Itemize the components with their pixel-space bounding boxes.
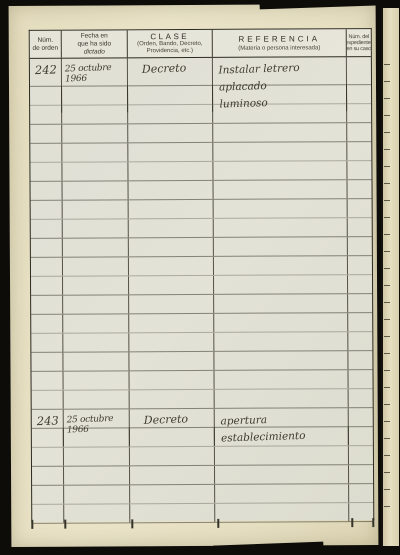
column-line-overshoot	[217, 519, 219, 528]
cell-num-orden	[31, 315, 63, 333]
cell-fecha	[63, 314, 129, 332]
scan-corner-shadow-top	[259, 0, 379, 9]
cell-clase	[129, 200, 214, 218]
cell-clase	[128, 143, 213, 161]
cell-referencia	[213, 123, 347, 142]
cell-clase	[129, 219, 214, 237]
cell-fecha	[64, 390, 130, 408]
cell-referencia	[215, 465, 349, 484]
cell-fecha	[64, 485, 130, 503]
column-line-overshoot	[372, 518, 374, 527]
cell-expediente	[348, 313, 372, 331]
cell-referencia	[215, 389, 349, 408]
cell-referencia	[214, 256, 348, 275]
cell-clase	[130, 447, 215, 465]
cell-num-orden	[31, 277, 63, 295]
cell-expediente	[347, 123, 371, 141]
table-row	[31, 313, 372, 334]
cell-clase	[130, 485, 215, 503]
scanned-page: Núm. de orden Fecha en que ha sido dicta…	[9, 4, 379, 547]
cell-fecha	[64, 466, 130, 484]
cell-expediente	[348, 332, 372, 350]
cell-fecha	[62, 124, 128, 142]
cell-clase	[128, 124, 213, 142]
cell-clase	[129, 333, 214, 351]
header-label: Núm.	[37, 36, 53, 44]
handwritten-text: 25 octubre 1966	[66, 414, 129, 436]
cell-fecha	[63, 238, 129, 256]
cell-num-orden	[31, 334, 63, 352]
cell-referencia	[214, 332, 348, 351]
table-row	[32, 484, 373, 505]
handwritten-text: apertura establecimiento	[220, 410, 348, 448]
cell-expediente	[349, 427, 373, 445]
table-row	[31, 256, 372, 277]
table-row	[31, 332, 372, 353]
header-fecha: Fecha en que ha sido dictado	[62, 30, 128, 57]
cell-fecha	[62, 162, 128, 180]
table-row	[31, 180, 372, 201]
cell-expediente	[348, 294, 372, 312]
cell-clase	[129, 276, 214, 294]
header-label: en su caso	[347, 46, 371, 52]
cell-referencia	[214, 294, 348, 313]
cell-expediente	[348, 275, 372, 293]
table-row	[30, 123, 371, 144]
cell-num-orden	[32, 448, 64, 466]
header-clase: CLASE (Orden, Bando, Decreto, Providenci…	[128, 30, 213, 57]
header-num-orden: Núm. de orden	[30, 31, 62, 58]
cell-referencia	[215, 484, 349, 503]
header-label: que ha sido	[77, 40, 111, 48]
header-label: CLASE	[150, 32, 189, 41]
scan-corner-shadow-bottom	[213, 542, 323, 555]
column-line-overshoot	[31, 520, 33, 529]
header-label: Fecha en	[81, 32, 108, 40]
cell-clase	[128, 86, 213, 104]
cell-clase	[130, 466, 215, 484]
cell-fecha	[63, 219, 129, 237]
cell-num-orden	[32, 391, 64, 409]
column-line-overshoot	[64, 520, 66, 529]
cell-num-orden	[31, 258, 63, 276]
cell-expediente	[348, 180, 372, 198]
table-row	[30, 142, 371, 163]
adjacent-page-edge	[381, 8, 399, 546]
handwritten-text: Instalar letrero aplacado luminoso	[218, 59, 347, 114]
cell-fecha	[64, 371, 130, 389]
cell-clase	[130, 371, 215, 389]
cell-expediente	[348, 237, 372, 255]
header-sublabel: (Materia o persona interesada)	[238, 45, 320, 52]
cell-expediente	[349, 446, 373, 464]
handwritten-text: 243	[37, 413, 59, 428]
cell-fecha	[62, 105, 128, 123]
cell-expediente	[349, 465, 373, 483]
cell-referencia	[214, 237, 348, 256]
cell-num-orden	[31, 182, 63, 200]
cell-referencia	[214, 313, 348, 332]
cell-fecha	[63, 276, 129, 294]
cell-fecha	[62, 143, 128, 161]
cell-expediente	[347, 104, 371, 122]
table-row	[31, 275, 372, 296]
header-sublabel: Providencia, etc.)	[147, 48, 193, 55]
cell-fecha	[63, 200, 129, 218]
handwritten-text: 242	[35, 62, 57, 77]
cell-num-orden	[31, 239, 63, 257]
cell-num-orden	[30, 106, 62, 124]
table-row	[32, 389, 373, 410]
cell-referencia	[214, 351, 348, 370]
cell-expediente	[347, 142, 371, 160]
cell-num-orden	[30, 163, 62, 181]
cell-clase	[129, 314, 214, 332]
table-row	[31, 199, 372, 220]
cell-fecha	[63, 333, 129, 351]
cell-clase	[129, 181, 214, 199]
header-label: dictado	[84, 48, 105, 56]
cell-clase	[129, 257, 214, 275]
column-line-overshoot	[351, 518, 353, 527]
cell-referencia	[214, 370, 348, 389]
header-label: REFERENCIA	[238, 34, 320, 43]
cell-referencia	[214, 218, 348, 237]
cell-fecha	[63, 257, 129, 275]
cell-expediente	[347, 85, 371, 103]
cell-fecha	[63, 181, 129, 199]
table-row	[32, 446, 373, 467]
column-line-overshoot	[131, 519, 133, 528]
cell-referencia	[214, 275, 348, 294]
cell-num-orden	[32, 429, 64, 447]
table-row	[31, 237, 372, 258]
cell-expediente	[348, 256, 372, 274]
cell-num-orden	[31, 220, 63, 238]
table-row	[31, 351, 372, 372]
cell-fecha	[63, 352, 129, 370]
table-row	[32, 370, 373, 391]
cell-clase	[129, 238, 214, 256]
column-line-ticks	[31, 518, 374, 530]
handwritten-text: Decreto	[144, 412, 189, 426]
cell-expediente	[349, 389, 373, 407]
cell-expediente	[348, 370, 372, 388]
cell-referencia: Instalar letrero aplacado luminoso	[213, 57, 347, 112]
cell-fecha	[63, 295, 129, 313]
cell-num-orden	[30, 125, 62, 143]
cell-num-orden	[32, 467, 64, 485]
table-row	[31, 294, 372, 315]
cell-expediente	[349, 484, 373, 502]
cell-referencia	[215, 446, 349, 465]
cell-num-orden	[30, 144, 62, 162]
cell-clase	[129, 352, 214, 370]
cell-clase	[128, 162, 213, 180]
cell-clase	[130, 428, 215, 446]
ledger-table: Núm. de orden Fecha en que ha sido dicta…	[29, 28, 375, 522]
table-row	[31, 218, 372, 239]
ledger-body: 24225 octubre 1966DecretoInstalar letrer…	[30, 57, 373, 524]
cell-num-orden	[30, 87, 62, 105]
cell-referencia	[213, 142, 347, 161]
header-label: de orden	[32, 44, 58, 52]
cell-num-orden	[31, 296, 63, 314]
cell-num-orden	[32, 486, 64, 504]
cell-clase	[130, 390, 215, 408]
handwritten-text: 25 octubre 1966	[65, 63, 128, 85]
header-expediente: Núm. del expediente, en su caso	[347, 29, 371, 56]
cell-referencia: apertura establecimiento	[215, 408, 349, 446]
cell-expediente	[348, 218, 372, 236]
table-row: 24225 octubre 1966DecretoInstalar letrer…	[30, 57, 371, 87]
cell-referencia	[214, 180, 348, 199]
cell-fecha	[62, 86, 128, 104]
cell-expediente	[348, 199, 372, 217]
cell-expediente	[348, 351, 372, 369]
cell-clase	[128, 105, 213, 123]
cell-num-orden	[31, 353, 63, 371]
handwritten-text: Decreto	[142, 61, 187, 75]
cell-expediente	[347, 161, 371, 179]
cell-fecha	[64, 447, 130, 465]
cell-referencia	[213, 161, 347, 180]
cell-clase	[129, 295, 214, 313]
table-row: 24325 octubre 1966Decretoapertura establ…	[32, 408, 373, 429]
ledger-header-row: Núm. de orden Fecha en que ha sido dicta…	[30, 29, 371, 59]
header-referencia: REFERENCIA (Materia o persona interesada…	[213, 29, 347, 57]
table-row	[30, 161, 371, 182]
cell-num-orden	[32, 372, 64, 390]
cell-num-orden	[31, 201, 63, 219]
cell-referencia	[214, 199, 348, 218]
table-row	[32, 465, 373, 486]
